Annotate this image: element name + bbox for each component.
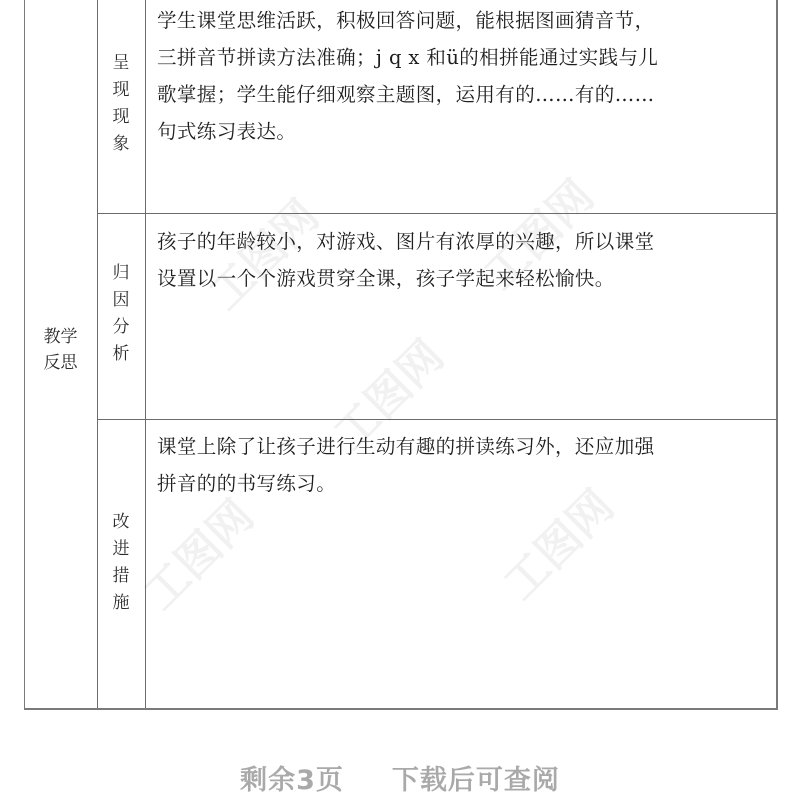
table-divider-label bbox=[145, 0, 146, 709]
category-label: 教学 反思 bbox=[24, 324, 97, 376]
row-divider bbox=[97, 419, 777, 420]
document-page: 工图网 工图网 工图网 工图网 工图网 教学 反思 呈 现 现 象 学生课堂思维… bbox=[0, 0, 800, 800]
download-prompt[interactable]: 剩余3页下载后可查阅 bbox=[0, 758, 800, 797]
row-label-phenomenon: 呈 现 现 象 bbox=[97, 50, 145, 158]
table-border-bottom bbox=[24, 708, 778, 710]
row-divider bbox=[97, 213, 777, 214]
row-content-cause-analysis: 孩子的年龄较小，对游戏、图片有浓厚的兴趣，所以课堂 设置以一个个游戏贯穿全课，孩… bbox=[157, 223, 769, 297]
remaining-pages-text: 剩余3页 bbox=[240, 758, 344, 797]
watermark: 工图网 bbox=[127, 483, 266, 622]
table-border-right bbox=[776, 0, 778, 709]
row-content-phenomenon: 学生课堂思维活跃，积极回答问题，能根据图画猜音节， 三拼音节拼读方法准确；j q… bbox=[157, 2, 769, 150]
row-label-cause-analysis: 归 因 分 析 bbox=[97, 260, 145, 368]
row-content-improvement: 课堂上除了让孩子进行生动有趣的拼读练习外，还应加强 拼音的的书写练习。 bbox=[157, 428, 769, 502]
download-hint-text[interactable]: 下载后可查阅 bbox=[392, 758, 560, 797]
row-label-improvement: 改 进 措 施 bbox=[97, 509, 145, 617]
